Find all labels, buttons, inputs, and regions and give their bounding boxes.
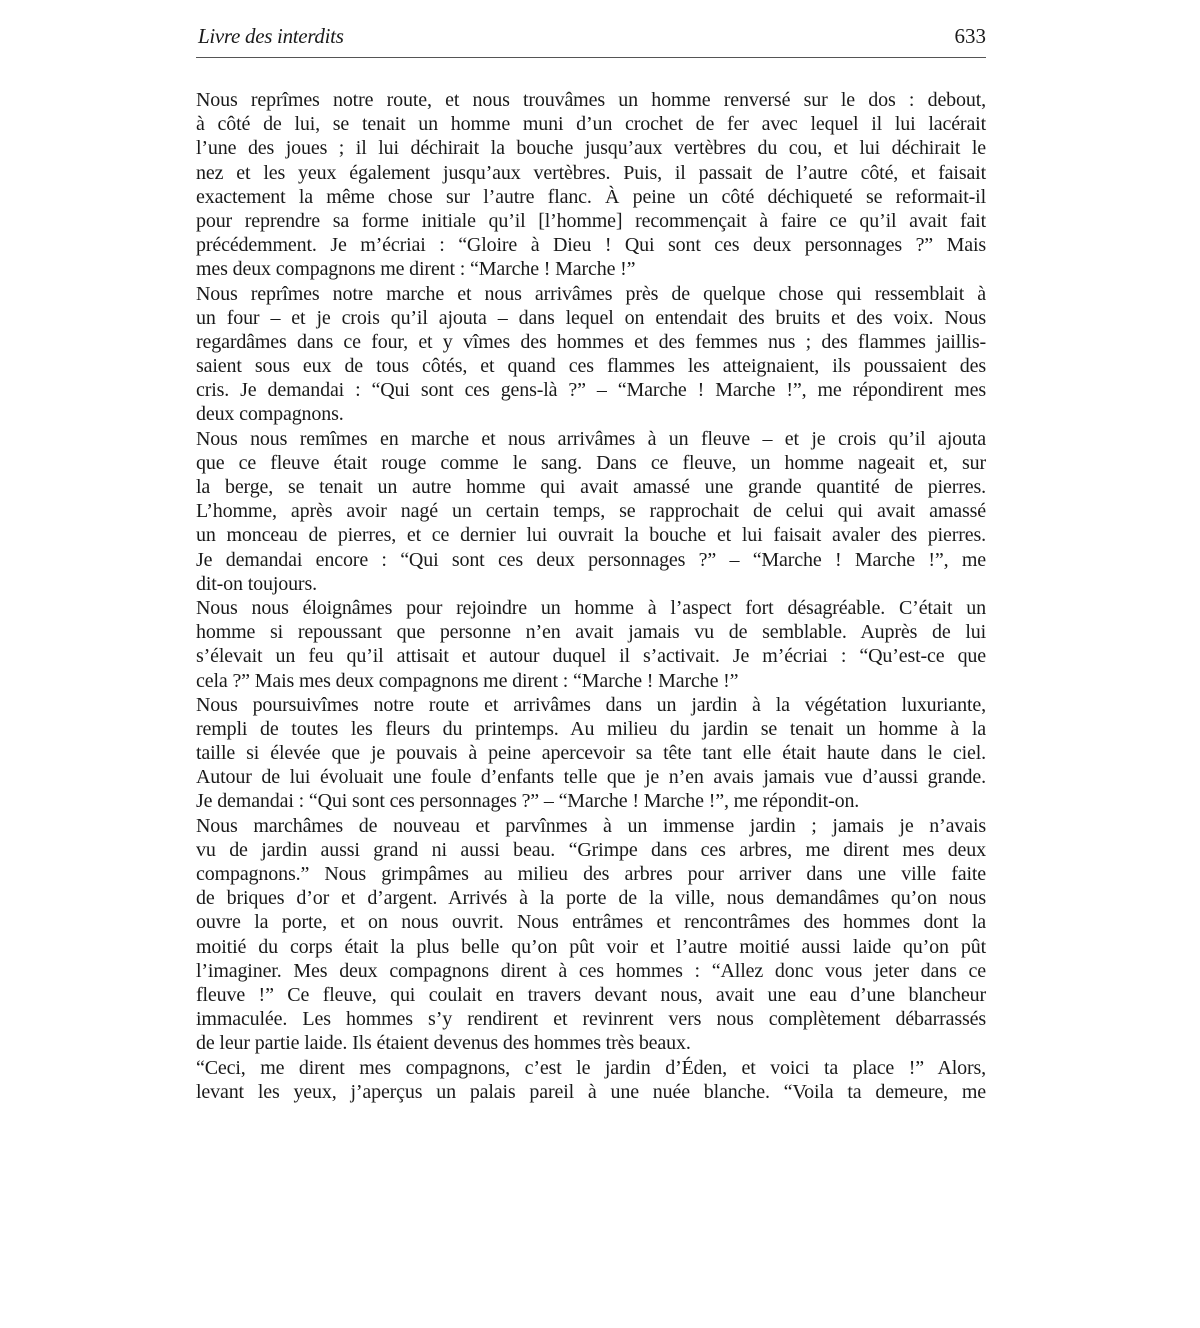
text-line: pour reprendre sa forme initiale qu’il [… xyxy=(196,209,986,233)
paragraph: Nous reprîmes notre marche et nous arriv… xyxy=(196,282,986,427)
running-head: Livre des interdits 633 xyxy=(196,24,986,52)
text-line: Nous nous remîmes en marche et nous arri… xyxy=(196,427,986,451)
paragraph: Nous nous remîmes en marche et nous arri… xyxy=(196,427,986,596)
running-title: Livre des interdits xyxy=(198,24,344,49)
paragraph: “Ceci, me dirent mes compagnons, c’est l… xyxy=(196,1056,986,1104)
text-line: immaculée. Les hommes s’y rendirent et r… xyxy=(196,1007,986,1031)
text-line: cela ?” Mais mes deux compagnons me dire… xyxy=(196,669,986,693)
text-line: exactement la même chose sur l’autre fla… xyxy=(196,185,986,209)
text-line: Nous nous éloignâmes pour rejoindre un h… xyxy=(196,596,986,620)
text-line: saient sous eux de tous côtés, et quand … xyxy=(196,354,986,378)
text-line: l’une des joues ; il lui déchirait la bo… xyxy=(196,136,986,160)
text-line: rempli de toutes les fleurs du printemps… xyxy=(196,717,986,741)
text-line: Nous reprîmes notre route, et nous trouv… xyxy=(196,88,986,112)
text-line: L’homme, après avoir nagé un certain tem… xyxy=(196,499,986,523)
text-line: vu de jardin aussi grand ni aussi beau. … xyxy=(196,838,986,862)
text-line: la berge, se tenait un autre homme qui a… xyxy=(196,475,986,499)
text-line: Autour de lui évoluait une foule d’enfan… xyxy=(196,765,986,789)
text-line: s’élevait un feu qu’il attisait et autou… xyxy=(196,644,986,668)
text-line: un monceau de pierres, et ce dernier lui… xyxy=(196,523,986,547)
text-line: nez et les yeux également jusqu’aux vert… xyxy=(196,161,986,185)
text-line: ouvre la porte, et on nous ouvrit. Nous … xyxy=(196,910,986,934)
page-number: 633 xyxy=(955,24,987,49)
text-line: deux compagnons. xyxy=(196,402,986,426)
text-line: précédemment. Je m’écriai : “Gloire à Di… xyxy=(196,233,986,257)
text-line: de leur partie laide. Ils étaient devenu… xyxy=(196,1031,986,1055)
paragraph: Nous marchâmes de nouveau et parvînmes à… xyxy=(196,814,986,1056)
text-line: Nous marchâmes de nouveau et parvînmes à… xyxy=(196,814,986,838)
text-line: l’imaginer. Mes deux compagnons dirent à… xyxy=(196,959,986,983)
text-line: dit-on toujours. xyxy=(196,572,986,596)
text-line: Nous reprîmes notre marche et nous arriv… xyxy=(196,282,986,306)
text-line: cris. Je demandai : “Qui sont ces gens-l… xyxy=(196,378,986,402)
header-rule xyxy=(196,57,986,58)
text-line: fleuve !” Ce fleuve, qui coulait en trav… xyxy=(196,983,986,1007)
text-line: de briques d’or et d’argent. Arrivés à l… xyxy=(196,886,986,910)
paragraph: Nous poursuivîmes notre route et arrivâm… xyxy=(196,693,986,814)
text-line: homme si repoussant que personne n’en av… xyxy=(196,620,986,644)
text-line: regardâmes dans ce four, et y vîmes des … xyxy=(196,330,986,354)
text-line: “Ceci, me dirent mes compagnons, c’est l… xyxy=(196,1056,986,1080)
text-line: moitié du corps était la plus belle qu’o… xyxy=(196,935,986,959)
body-text: Nous reprîmes notre route, et nous trouv… xyxy=(196,88,986,1104)
text-line: Nous poursuivîmes notre route et arrivâm… xyxy=(196,693,986,717)
text-line: taille si élevée que je pouvais à peine … xyxy=(196,741,986,765)
paragraph: Nous reprîmes notre route, et nous trouv… xyxy=(196,88,986,282)
text-line: que ce fleuve était rouge comme le sang.… xyxy=(196,451,986,475)
text-line: un four – et je crois qu’il ajouta – dan… xyxy=(196,306,986,330)
text-line: compagnons.” Nous grimpâmes au milieu de… xyxy=(196,862,986,886)
text-line: levant les yeux, j’aperçus un palais par… xyxy=(196,1080,986,1104)
text-line: mes deux compagnons me dirent : “Marche … xyxy=(196,257,986,281)
paragraph: Nous nous éloignâmes pour rejoindre un h… xyxy=(196,596,986,693)
text-line: Je demandai : “Qui sont ces personnages … xyxy=(196,789,986,813)
text-line: Je demandai encore : “Qui sont ces deux … xyxy=(196,548,986,572)
text-line: à côté de lui, se tenait un homme muni d… xyxy=(196,112,986,136)
